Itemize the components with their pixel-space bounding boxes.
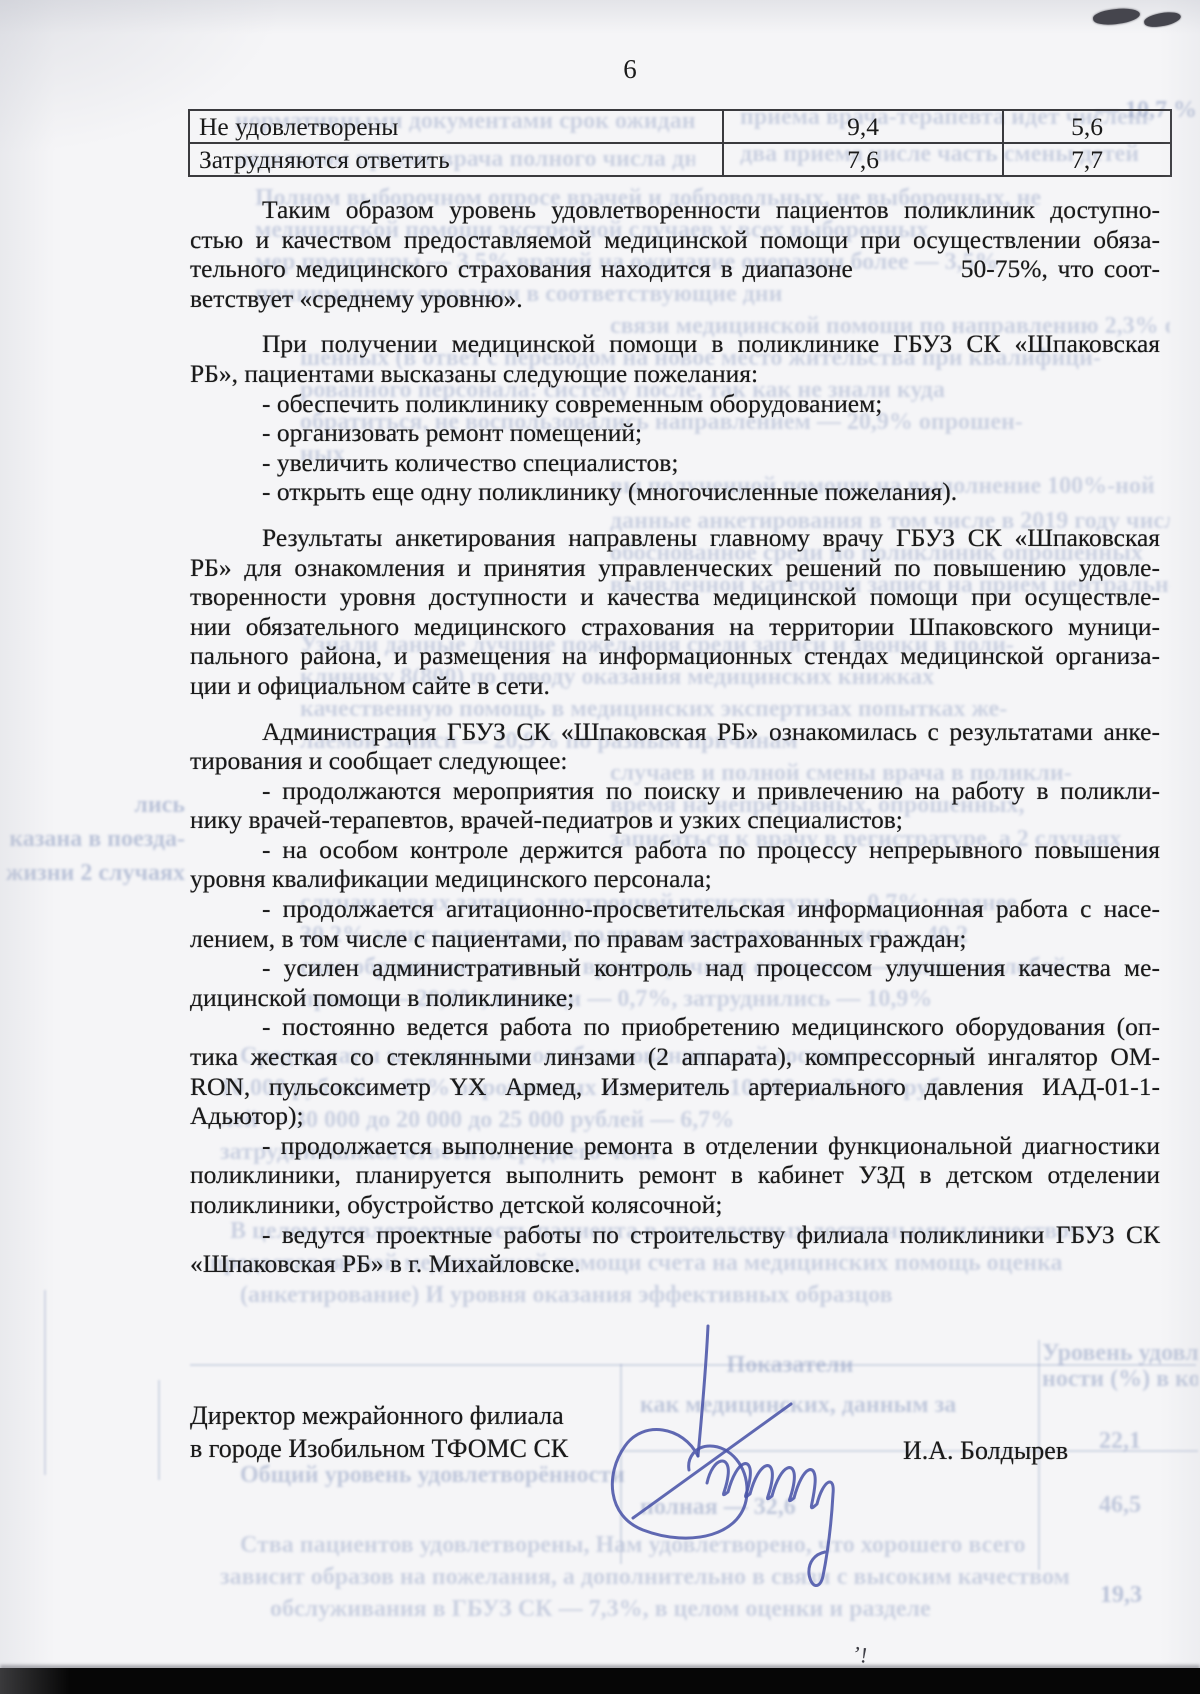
paragraph: Результаты анкетирования направлены глав… xyxy=(190,523,1160,701)
text-line: Результаты анкетирования направлены глав… xyxy=(190,523,1160,553)
text-line: тирования и сообщает следующее: xyxy=(190,746,1160,776)
document-body: Таким образом уровень удовлетворенности … xyxy=(190,179,1160,1279)
bleed-rule xyxy=(44,1290,46,1475)
text-line: поликлиники, обустройство детской колясо… xyxy=(190,1190,1160,1220)
text-line: лением, в том числе с пациентами, по пра… xyxy=(190,924,1160,954)
text-line: - продолжается выполнение ремонта в отде… xyxy=(190,1131,1160,1161)
value-cell: 5,6 xyxy=(1003,110,1171,143)
text-line: пального района, и размещения на информа… xyxy=(190,641,1160,671)
paragraph: - постоянно ведется работа по приобретен… xyxy=(190,1012,1160,1130)
bleed-text: 46,5 xyxy=(1060,1492,1180,1518)
table-row: Не удовлетворены9,45,6 xyxy=(189,110,1171,143)
signatory-name: И.А. Болдырев xyxy=(903,1436,1068,1466)
scanned-document-page: нормативными документами срок ожиданияпр… xyxy=(0,0,1200,1694)
row-label-cell: Не удовлетворены xyxy=(189,110,723,143)
paragraph: Администрация ГБУЗ СК «Шпаковская РБ» оз… xyxy=(190,717,1160,776)
text-line: поликлиники, планируется выполнить ремон… xyxy=(190,1160,1160,1190)
bleed-text: Уровень удовлетворен- xyxy=(1042,1340,1198,1366)
text-line: - продолжаются мероприятия по поиску и п… xyxy=(190,776,1160,806)
text-line: При получении медицинской помощи в полик… xyxy=(190,329,1160,359)
paragraph: - обеспечить поликлинику современным обо… xyxy=(190,389,1160,419)
page-number: 6 xyxy=(560,54,700,85)
text-line: ветствует «среднему уровню». xyxy=(190,284,1160,314)
row-label-cell: Затрудняются ответить xyxy=(189,143,723,176)
signatory-title: Директор межрайонного филиала в городе И… xyxy=(190,1399,568,1465)
scanner-edge-strip xyxy=(0,1668,1200,1694)
text-line: - усилен административный контроль над п… xyxy=(190,953,1160,983)
text-line: - организовать ремонт помещений; xyxy=(190,418,1160,448)
handwritten-signature xyxy=(595,1308,875,1598)
paragraph: - усилен административный контроль над п… xyxy=(190,953,1160,1012)
bleed-text: 19,3 xyxy=(1100,1582,1195,1608)
paragraph: - продолжается выполнение ремонта в отде… xyxy=(190,1131,1160,1220)
paragraph: При получении медицинской помощи в полик… xyxy=(190,329,1160,388)
bleed-text: ности (%) в которым на xyxy=(1042,1366,1198,1392)
text-line: - постоянно ведется работа по приобретен… xyxy=(190,1012,1160,1042)
text-line: - увеличить количество специалистов; xyxy=(190,448,1160,478)
text-line: Администрация ГБУЗ СК «Шпаковская РБ» оз… xyxy=(190,717,1160,747)
text-line: «Шпаковская РБ» в г. Михайловске. xyxy=(190,1249,1160,1279)
paragraph: - продолжается агитационно-просветительс… xyxy=(190,894,1160,953)
text-line: творенности уровня доступности и качеств… xyxy=(190,582,1160,612)
signatory-title-line2: в городе Изобильном ТФОМС СК xyxy=(190,1432,568,1465)
text-line: РБ», пациентами высказаны следующие поже… xyxy=(190,359,1160,389)
value-cell: 7,6 xyxy=(723,143,1003,176)
paragraph: - увеличить количество специалистов; xyxy=(190,448,1160,478)
text-line: уровня квалификации медицинского персона… xyxy=(190,864,1160,894)
paragraph: - ведутся проектные работы по строительс… xyxy=(190,1220,1160,1279)
text-line: дицинской помощи в поликлинике; xyxy=(190,983,1160,1013)
bleed-text: обслуживания в ГБУЗ СК — 7,3%, в целом о… xyxy=(270,1596,1050,1622)
value-cell: 9,4 xyxy=(723,110,1003,143)
signatory-title-line1: Директор межрайонного филиала xyxy=(190,1399,568,1432)
paragraph: - открыть еще одну поликлинику (многочис… xyxy=(190,477,1160,507)
text-line: ции и официальном сайте в сети. xyxy=(190,671,1160,701)
value-cell: 7,7 xyxy=(1003,143,1171,176)
paragraph: - продолжаются мероприятия по поиску и п… xyxy=(190,776,1160,835)
text-line: Таким образом уровень удовлетворенности … xyxy=(190,195,1160,225)
paragraph: - организовать ремонт помещений; xyxy=(190,418,1160,448)
bleed-text: лись xyxy=(0,792,185,818)
text-line: стью и качеством предоставляемой медицин… xyxy=(190,225,1160,255)
bleed-text: жизни 2 случаях xyxy=(0,860,185,886)
bleed-text: (анкетирование) И уровня оказания эффект… xyxy=(240,1282,1040,1308)
text-line: Адьютор); xyxy=(190,1101,1160,1131)
text-line: тика жесткая со стеклянными линзами (2 а… xyxy=(190,1042,1160,1072)
text-line: - ведутся проектные работы по строительс… xyxy=(190,1220,1160,1250)
bleed-rule xyxy=(158,1380,160,1480)
text-line: РБ» для ознакомления и принятия управлен… xyxy=(190,553,1160,583)
table-row: Затрудняются ответить7,67,7 xyxy=(189,143,1171,176)
text-line: - обеспечить поликлинику современным обо… xyxy=(190,389,1160,419)
bleed-text: казана в поезда- xyxy=(0,826,185,852)
text-line: - открыть еще одну поликлинику (многочис… xyxy=(190,477,1160,507)
text-line: - на особом контроле держится работа по … xyxy=(190,835,1160,865)
text-line: нии обязательного медицинского страхован… xyxy=(190,612,1160,642)
paragraph: Таким образом уровень удовлетворенности … xyxy=(190,195,1160,313)
text-line: нику врачей-терапевтов, врачей-педиатров… xyxy=(190,805,1160,835)
paragraph: - на особом контроле держится работа по … xyxy=(190,835,1160,894)
text-line: - продолжается агитационно-просветительс… xyxy=(190,894,1160,924)
text-line: тельного медицинского страхования находи… xyxy=(190,254,1160,284)
satisfaction-results-table: Не удовлетворены9,45,6Затрудняются ответ… xyxy=(188,109,1172,177)
text-line: RON, пульсоксиметр YX Армед, Измеритель … xyxy=(190,1072,1160,1102)
